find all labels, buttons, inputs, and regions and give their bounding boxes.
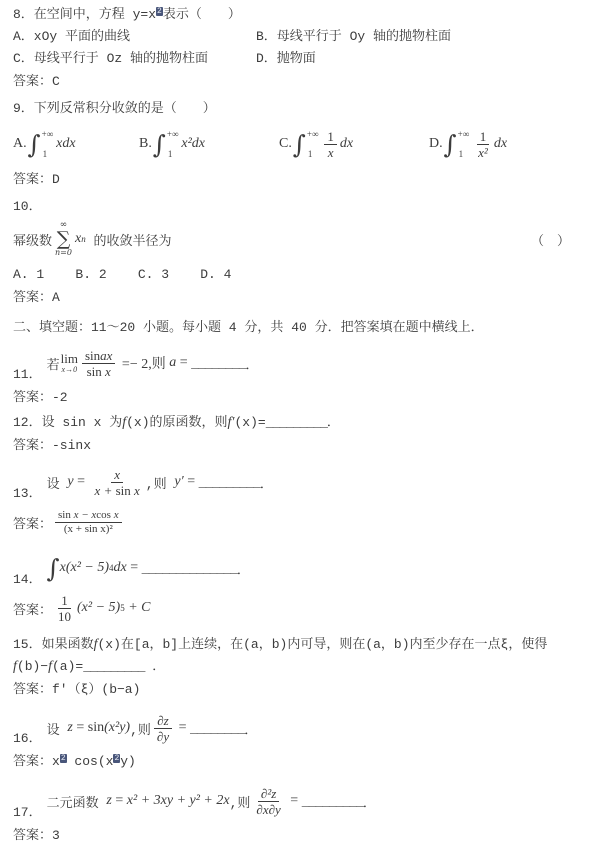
q17-line: 17． 二元函数 z = x² + 3xy + y² + 2x ,则 ∂²z∂x… [13,779,601,823]
integral-sign: ∫ [444,132,457,157]
fraction-denominator: ∂x∂y [253,802,283,817]
q9-option-b-expr: x²dx [181,136,205,152]
numerator-var-2: x [111,509,119,522]
q13-equals-2: = [184,474,199,490]
q16-text: 设 [47,719,68,738]
cos-fn: cos [96,509,111,522]
q17-text-2: ,则 [230,792,251,811]
q13-answer-fraction: sin x − xcos x(x + sin x)² [55,509,122,536]
fraction: sinaxsin x [82,348,115,379]
fraction: 1x [324,129,337,160]
denominator-var: x + [95,483,116,498]
numerator-text: 1 [327,129,334,144]
q14-line: 14． ∫ x(x² − 5)4dx = ______________ ． [13,546,601,590]
q8-stem-text-tail: 表示（ ） [163,7,241,22]
q17-number: 17． [13,803,42,823]
q14-number: 14． [13,570,42,590]
lower-bound: 1 [458,149,470,159]
q13-blank-line: _________ [199,475,260,490]
q9-answer: 答案：D [13,169,601,190]
summation-symbol: ∞∑n=0 [55,221,72,257]
fraction: 1x² [475,129,491,160]
q17-text: 二元函数 [47,792,107,811]
denominator-text: 10 [58,609,71,624]
q16-equals-2: = [175,720,190,736]
dx-symbol: dx [340,136,353,152]
q14-integrand: x(x² − 5) [60,560,109,576]
q9-option-a: A.∫+∞1xdx [13,129,139,159]
exam-page: 8．在空间中，方程 y=x2表示（ ） A．xOy 平面的曲线 B．母线平行于 … [0,0,607,856]
integral-sign: ∫ [293,132,306,157]
q12-answer: 答案：-sinx [13,435,601,456]
q9-option-b-label: B. [139,136,152,152]
q15-text-3: (b)− [17,659,48,674]
q15-line-2: f(b)−f(a)=_________ ． [13,656,601,677]
fraction-numerator: ∂²z [258,786,279,802]
q8-option-a: A．xOy 平面的曲线 [13,26,256,47]
lower-bound: 1 [307,149,319,159]
fraction-denominator: (x + sin x)² [61,523,116,536]
q17-answer: 答案：3 [13,825,601,846]
lower-bound: 1 [167,149,179,159]
q16-answer-exponent-1: 2 [60,754,67,763]
q16-answer-text-3: y) [120,754,136,769]
fraction-numerator: 1 [58,593,71,609]
q17-period: ． [363,792,376,811]
numerator-text: 1 [61,593,68,608]
sin-fn: sin [87,364,102,379]
q16-number: 16． [13,729,42,749]
q14-answer-label: 答案： [13,599,52,618]
q15-text-4: (a)= [52,659,83,674]
upper-bound: +∞ [42,129,54,139]
q14-answer: 答案： 110 (x² − 5)5 + C [13,590,601,626]
numerator-text: 1 [480,129,487,144]
integral-bounds: +∞1 [458,129,470,159]
q15-line-1: 15．如果函数f(x)在[a，b]上连续，在(a，b)内可导，则在(a，b)内至… [13,634,601,655]
fraction-numerator: x [111,467,123,483]
q11-period: ． [246,354,259,373]
q13-text-2: ,则 [146,473,175,492]
sin-fn: sin [116,483,131,498]
sin-fn: sin [88,720,104,736]
q17-blank-line: _________ [302,794,363,809]
q12-text: 12．设 sin x 为 [13,415,122,430]
q14-answer-fraction: 110 [55,593,74,624]
numerator-var: ax [100,348,112,363]
q10-text-tail: 的收敛半径为 [86,230,172,249]
q16-equals: = [73,720,88,736]
sum-lower-limit: n=0 [55,248,72,257]
fraction-denominator: x [325,145,337,160]
fraction-denominator: x² [475,145,491,160]
denominator-text: x² [478,145,488,160]
q8-options-row-1: A．xOy 平面的曲线 B．母线平行于 Oy 轴的抛物柱面 [13,26,601,47]
q14-answer-tail: + C [125,600,151,616]
q12-blank-line: _________ [266,415,327,430]
q15-text: 15．如果函数 [13,637,94,652]
q15-answer: 答案：f′（ξ）(b−a) [13,679,601,700]
q13-answer-label: 答案： [13,513,52,532]
q8-stem-text: 8．在空间中，方程 y=x [13,7,156,22]
q10-formula-line: 幂级数 ∞∑n=0 xn 的收敛半径为 （ ） [13,218,601,260]
upper-bound: +∞ [167,129,179,139]
sigma-icon: ∑ [57,230,71,248]
q14-period: ． [237,559,250,578]
fraction-numerator: ∂z [154,713,171,729]
upper-bound: +∞ [307,129,319,139]
q10-answer-paren: （ ） [531,230,570,249]
q12-text-2: (x)的原函数，则 [126,415,227,430]
integral-sign: ∫ [28,132,41,157]
q10-text: 幂级数 [13,230,52,249]
denominator-var-2: x [131,483,140,498]
q11-equation-text: =− 2,则 [118,353,169,373]
q12-text-3: (x)= [234,415,265,430]
q16-blank-line: ________ [190,721,244,736]
fraction-numerator: 1 [477,129,490,145]
partial-z: ∂z [157,713,168,728]
q10-answer: 答案：A [13,287,601,308]
denominator-text: (x + sin x)² [64,523,113,536]
q16-line: 16． 设 z = sin(x²y) ,则 ∂z∂y = ________ ． [13,707,601,749]
q10-number: 10． [13,196,601,217]
q16-text-2: ,则 [130,719,151,738]
integral-sign: ∫ [153,132,166,157]
partial-2-z: ∂²z [261,786,276,801]
q16-argument: (x²y) [104,720,130,736]
q13-text: 设 [47,473,68,492]
q13-period: ． [260,473,273,492]
q13-equals: = [74,474,89,490]
integral-bounds: +∞1 [42,129,54,159]
q13-number: 13． [13,484,42,504]
q14-blank-line: ______________ [142,561,237,576]
numerator-var: x [114,467,120,482]
dx-symbol: dx [114,560,127,576]
q9-stem: 9．下列反常积分收敛的是（ ） [13,98,601,119]
fraction-numerator: sin x − xcos x [55,509,122,523]
q13-answer: 答案： sin x − xcos x(x + sin x)² [13,504,601,540]
q15-text-2: (x)在[a，b]上连续，在(a，b)内可导，则在(a，b)内至少存在一点ξ，使… [98,637,548,652]
q9-option-b: B.∫+∞1x²dx [139,129,279,159]
q11-line: 11． 若 limx→0 sinaxsin x =− 2,则 a = _____… [13,341,601,385]
fraction-denominator: ∂y [154,729,172,744]
dx-symbol: dx [494,136,507,152]
q11-number: 11． [13,365,42,385]
partial-derivative-fraction: ∂z∂y [154,713,172,744]
q17-expression: x² + 3xy + y² + 2x [127,793,230,809]
q16-answer-text-2: cos(x [67,754,114,769]
q15-period: ． [144,659,165,674]
fraction-numerator: sinax [82,348,115,364]
integral-sign: ∫ [47,556,60,581]
fraction-numerator: 1 [324,129,337,145]
q11-answer: 答案：-2 [13,387,601,408]
fraction-denominator: x + sin x [92,483,143,498]
fraction-denominator: sin x [84,364,114,379]
q8-answer: 答案：C [13,71,601,92]
q11-var-a: a [169,355,176,371]
denominator-text: x [328,145,334,160]
q13-y-prime: y′ [174,474,183,490]
q12-period: ． [327,415,340,430]
q11-equals: = [176,355,191,371]
q9-option-d: D.∫+∞11x²dx [429,129,507,160]
fraction: xx + sin x [92,467,143,498]
q8-option-c: C．母线平行于 Oz 轴的抛物柱面 [13,48,256,69]
q8-stem: 8．在空间中，方程 y=x2表示（ ） [13,4,601,25]
q12-line: 12．设 sin x 为f(x)的原函数，则f′(x)=_________． [13,412,601,433]
sin-fn: sin [58,509,71,522]
q8-option-b: B．母线平行于 Oy 轴的抛物柱面 [256,26,451,47]
q17-equals: = [112,793,127,809]
upper-bound: +∞ [458,129,470,139]
integral-bounds: +∞1 [167,129,179,159]
q10-options: A. 1 B. 2 C. 3 D. 4 [13,264,601,285]
q8-options-row-2: C．母线平行于 Oz 轴的抛物柱面 D．抛物面 [13,48,601,69]
partial-x-partial-y: ∂x∂y [256,802,280,817]
q16-answer-text: 答案：x [13,754,60,769]
lim-text: lim [61,353,78,365]
partial-derivative-fraction: ∂²z∂x∂y [253,786,283,817]
q16-answer: 答案：x2 cos(x2y) [13,751,601,772]
q9-option-d-label: D. [429,136,443,152]
q9-option-c-label: C. [279,136,292,152]
q17-equals-2: = [287,793,302,809]
q13-line: 13． 设 y = xx + sin x ,则 y′ = _________ ． [13,460,601,504]
q14-equals: = [127,560,142,576]
q9-option-a-label: A. [13,136,27,152]
partial-y: ∂y [157,729,169,744]
q8-exponent: 2 [156,7,163,16]
denominator-var: x [102,364,111,379]
q8-option-d: D．抛物面 [256,48,316,69]
q15-blank-line: _________ [83,659,144,674]
sin-fn: sin [85,348,100,363]
fraction-denominator: 10 [55,609,74,624]
lower-bound: 1 [42,149,54,159]
limit-symbol: limx→0 [61,353,78,374]
q9-option-a-expr: xdx [56,136,75,152]
section-2-header: 二、填空题：11～20 小题。每小题 4 分，共 40 分．把答案填在题中横线上… [13,317,601,338]
lim-subscript: x→0 [62,365,78,374]
numerator-var: x − x [71,509,96,522]
integral-bounds: +∞1 [307,129,319,159]
q9-option-c: C.∫+∞11xdx [279,129,429,160]
q9-options-row: A.∫+∞1xdx B.∫+∞1x²dx C.∫+∞11xdx D.∫+∞11x… [13,121,601,167]
q11-blank-line: ________ [191,356,245,371]
q14-answer-expr: (x² − 5) [77,600,120,616]
q11-text: 若 [47,354,60,373]
q16-period: ． [244,719,257,738]
